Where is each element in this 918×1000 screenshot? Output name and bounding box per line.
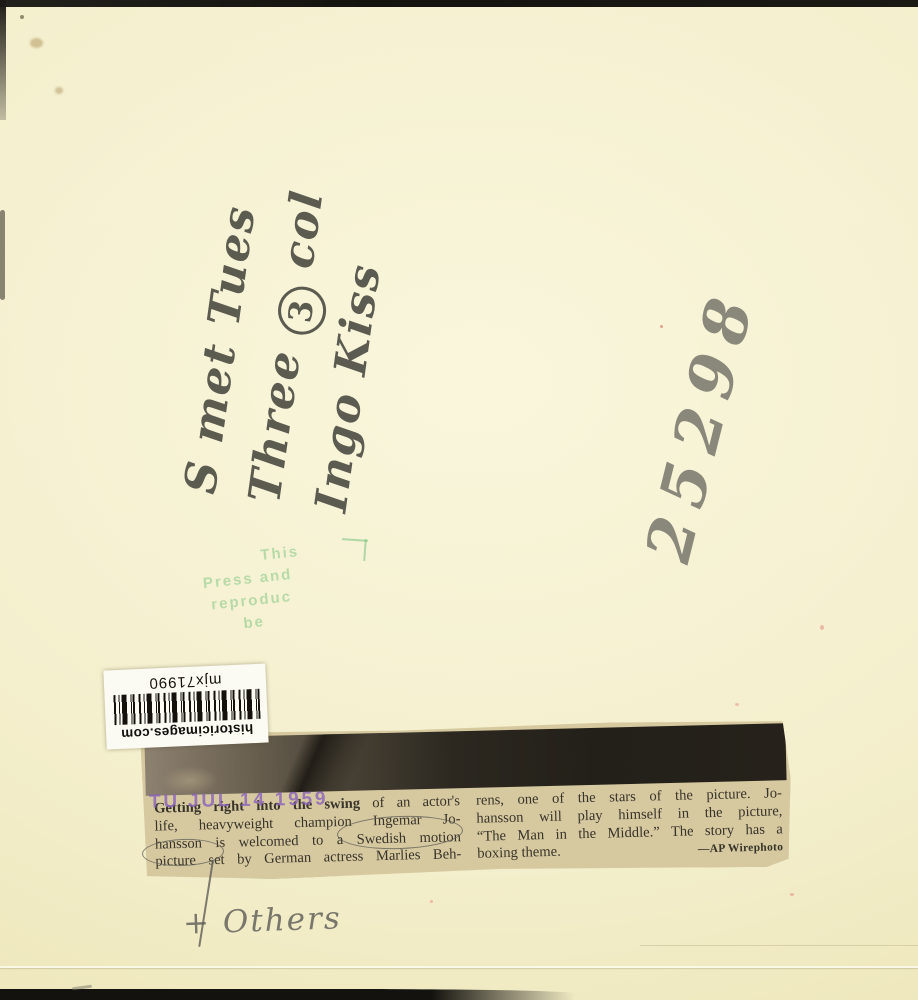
green-stamp-line: This	[259, 541, 300, 567]
paper-stain	[30, 38, 43, 48]
others-annotation: + Others	[182, 900, 342, 942]
wirephoto-credit: —AP Wirephoto	[698, 840, 784, 860]
ink-speck	[430, 900, 433, 903]
barcode-sticker: historicimages.com mjx71990	[103, 664, 268, 750]
scan-edge-top	[0, 0, 918, 7]
sticker-site-text: historicimages.com	[121, 722, 254, 743]
scan-edge-left	[0, 0, 6, 120]
ink-speck	[735, 703, 739, 706]
circled-three: 3	[275, 283, 329, 337]
faint-green-stamp: This Press and reproduc be	[200, 541, 308, 639]
photo-back-scan: { "handwriting": { "note_line1": "S met …	[0, 0, 918, 1000]
pencil-archive-number: 25298	[631, 268, 772, 569]
caption-column-right: rens, one of the stars of the picture. J…	[476, 785, 784, 865]
caption-last-words: boxing theme.	[477, 844, 561, 864]
green-stamp-mark	[363, 539, 367, 561]
scan-edge-left-mark	[0, 210, 5, 300]
paper-stain	[20, 15, 24, 19]
date-stamp: TU JUL 14 1959	[149, 788, 329, 813]
sticker-code-text: mjx71990	[148, 672, 222, 692]
ink-speck	[820, 625, 824, 630]
paper-crease	[0, 966, 918, 968]
ink-speck	[790, 893, 794, 896]
paper-stain	[55, 87, 63, 94]
paper-crease	[640, 945, 918, 946]
barcode	[111, 689, 260, 725]
handwritten-note: S met Tues Three 3 col Ingo Kiss	[168, 108, 416, 516]
ink-speck	[660, 325, 663, 328]
scan-edge-bottom	[0, 989, 575, 1000]
